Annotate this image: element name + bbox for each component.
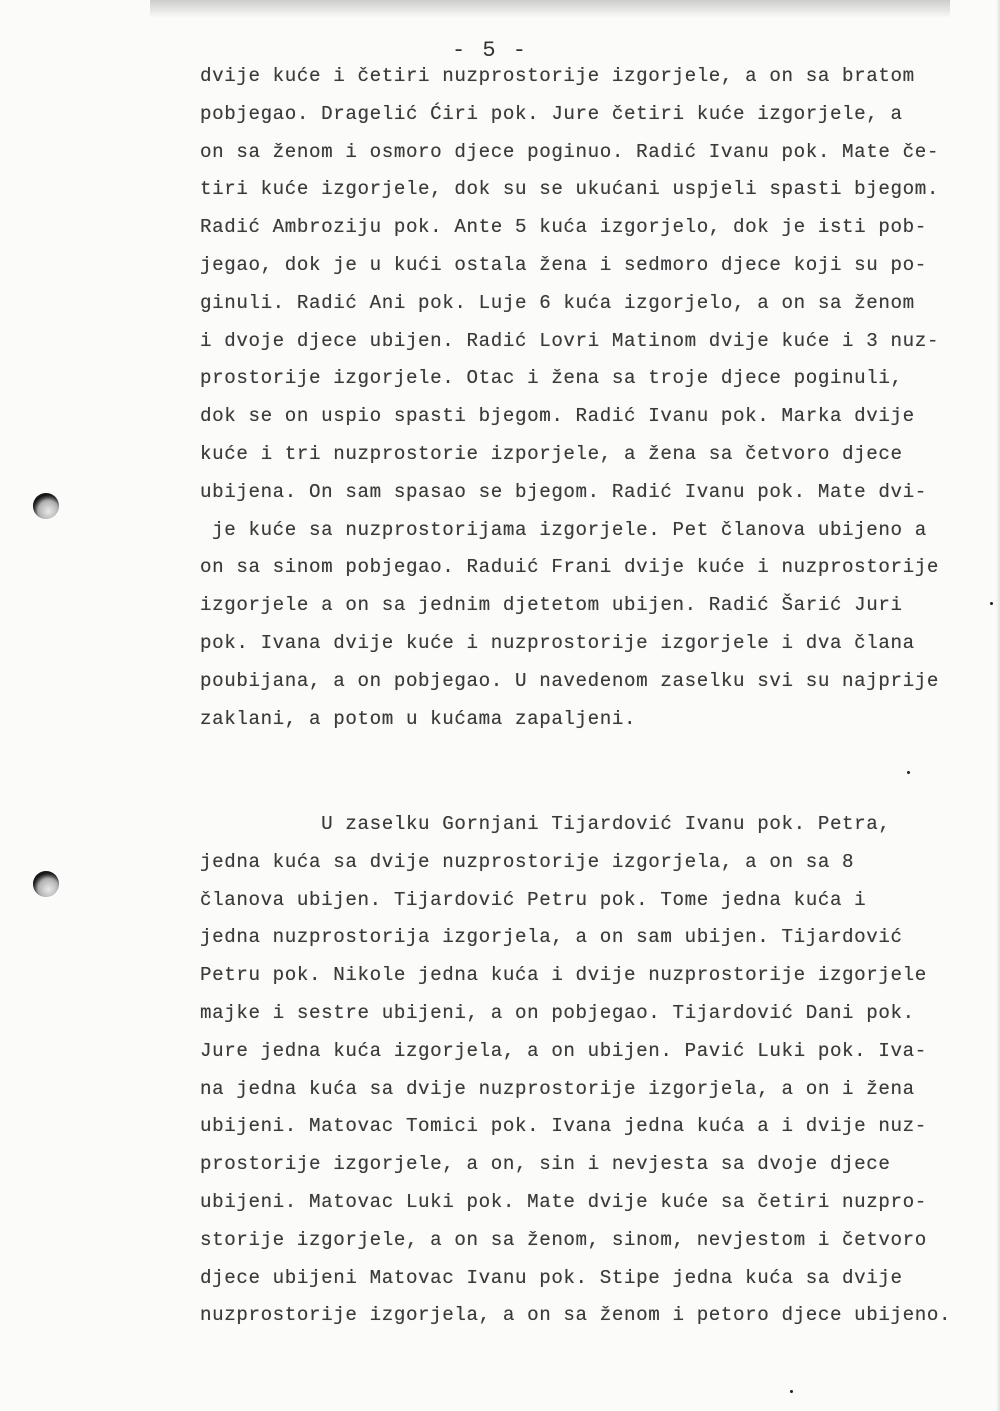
text-line: članova ubijen. Tijardović Petru pok. To… bbox=[200, 882, 980, 920]
text-line: djece ubijeni Matovac Ivanu pok. Stipe j… bbox=[200, 1260, 980, 1298]
text-line: nuzprostorije izgorjela, a on sa ženom i… bbox=[200, 1297, 980, 1335]
text-line: pok. Ivana dvije kuće i nuzprostorije iz… bbox=[200, 625, 980, 663]
scan-top-edge bbox=[150, 0, 950, 18]
text-line: storije izgorjele, a on sa ženom, sinom,… bbox=[200, 1222, 980, 1260]
text-line: on sa sinom pobjegao. Raduić Frani dvije… bbox=[200, 549, 980, 587]
text-line: kuće i tri nuzprostorie izporjele, a žen… bbox=[200, 436, 980, 474]
text-line: zaklani, a potom u kućama zapaljeni. bbox=[200, 701, 980, 739]
text-line: prostorije izgorjele, a on, sin i nevjes… bbox=[200, 1146, 980, 1184]
text-line: izgorjele a on sa jednim djetetom ubijen… bbox=[200, 587, 980, 625]
punch-hole bbox=[33, 871, 59, 897]
text-line: Jure jedna kuća izgorjela, a on ubijen. … bbox=[200, 1033, 980, 1071]
text-line: jegao, dok je u kući ostala žena i sedmo… bbox=[200, 247, 980, 285]
text-line: na jedna kuća sa dvije nuzprostorije izg… bbox=[200, 1071, 980, 1109]
ink-speck bbox=[990, 602, 993, 605]
text-line: ginuli. Radić Ani pok. Luje 6 kuća izgor… bbox=[200, 285, 980, 323]
text-line: ubijeni. Matovac Tomici pok. Ivana jedna… bbox=[200, 1108, 980, 1146]
text-line: jedna kuća sa dvije nuzprostorije izgorj… bbox=[200, 844, 980, 882]
text-line: Radić Ambroziju pok. Ante 5 kuća izgorje… bbox=[200, 209, 980, 247]
text-line: jedna nuzprostorija izgorjela, a on sam … bbox=[200, 919, 980, 957]
ink-speck bbox=[790, 1390, 793, 1393]
text-line: poubijana, a on pobjegao. U navedenom za… bbox=[200, 663, 980, 701]
text-line: dvije kuće i četiri nuzprostorije izgorj… bbox=[200, 58, 980, 96]
text-line: prostorije izgorjele. Otac i žena sa tro… bbox=[200, 360, 980, 398]
ink-speck bbox=[907, 771, 910, 774]
paragraph-1: dvije kuće i četiri nuzprostorije izgorj… bbox=[200, 58, 980, 738]
text-line: ubijeni. Matovac Luki pok. Mate dvije ku… bbox=[200, 1184, 980, 1222]
punch-hole bbox=[33, 493, 59, 519]
text-line: ubijena. On sam spasao se bjegom. Radić … bbox=[200, 474, 980, 512]
text-line: on sa ženom i osmoro djece poginuo. Radi… bbox=[200, 134, 980, 172]
scan-right-edge bbox=[996, 0, 1000, 1411]
text-line: je kuće sa nuzprostorijama izgorjele. Pe… bbox=[200, 512, 980, 550]
paragraph-2: U zaselku Gornjani Tijardović Ivanu pok.… bbox=[200, 806, 980, 1335]
text-line: dok se on uspio spasti bjegom. Radić Iva… bbox=[200, 398, 980, 436]
text-line: U zaselku Gornjani Tijardović Ivanu pok.… bbox=[200, 806, 980, 844]
text-line: tiri kuće izgorjele, dok su se ukućani u… bbox=[200, 171, 980, 209]
text-line: Petru pok. Nikole jedna kuća i dvije nuz… bbox=[200, 957, 980, 995]
text-line: majke i sestre ubijeni, a on pobjegao. T… bbox=[200, 995, 980, 1033]
text-line: i dvoje djece ubijen. Radić Lovri Matino… bbox=[200, 323, 980, 361]
text-line: pobjegao. Dragelić Ćiri pok. Jure četiri… bbox=[200, 96, 980, 134]
